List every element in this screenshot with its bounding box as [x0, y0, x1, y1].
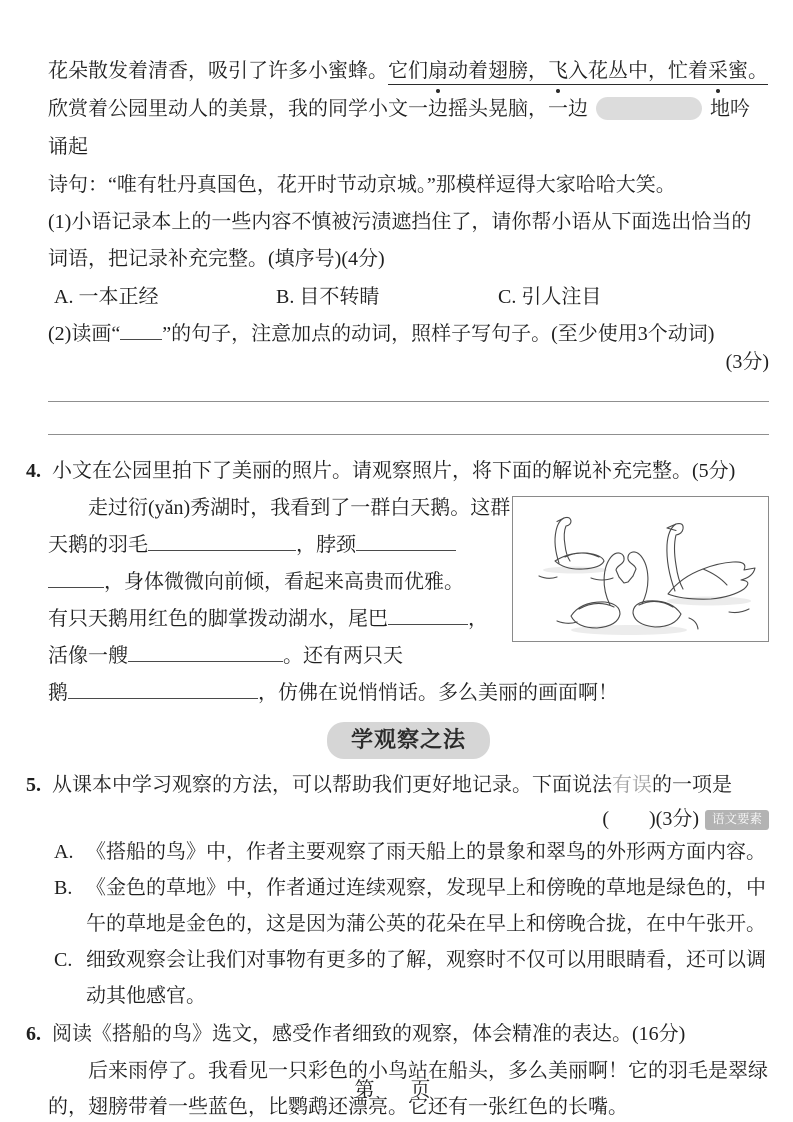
dotted-verb-char: 采: [708, 60, 728, 82]
q4-line: 天鹅的羽毛，脖颈: [48, 527, 510, 564]
q5-option-b: B. 《金色的草地》中，作者通过连续观察，发现早上和傍晚的草地是绿色的，中午的草…: [54, 870, 769, 942]
q4-line-text: ，脖颈: [296, 534, 356, 556]
q3-sub2: (2)读画“”的句子，注意加点的动词，照样子写句子。(至少使用3个动词): [48, 316, 769, 353]
q3-option-a: A. 一本正经: [54, 279, 276, 316]
q5-option-b-label: B.: [54, 870, 86, 942]
q5-option-a-text: 《搭船的鸟》中，作者主要观察了雨天船上的景象和翠鸟的外形两方面内容。: [86, 834, 769, 870]
q4-line-text: ，仿佛在说悄悄话。多么美丽的画面啊！: [258, 682, 618, 704]
section-header-row: 学观察之法: [48, 722, 769, 759]
q6-stem-row: 6. 阅读《搭船的鸟》选文，感受作者细致的观察，体会精准的表达。(16分): [48, 1016, 769, 1053]
question-4: 4. 小文在公园里拍下了美丽的照片。请观察照片，将下面的解说补充完整。(5分) …: [48, 453, 769, 712]
fill-in-blank: [356, 535, 456, 551]
q4-stem-row: 4. 小文在公园里拍下了美丽的照片。请观察照片，将下面的解说补充完整。(5分): [48, 453, 769, 490]
q4-line-text: 鹅: [48, 682, 68, 704]
q4-line-text: ，: [468, 608, 488, 630]
q4-line: 有只天鹅用红色的脚掌拨动湖水，尾巴，: [48, 601, 510, 638]
q5-number: 5.: [26, 767, 52, 804]
fill-in-blank: [68, 683, 258, 699]
fill-in-blank: [128, 646, 283, 662]
q5-option-b-text: 《金色的草地》中，作者通过连续观察，发现早上和傍晚的草地是绿色的，中午的草地是金…: [86, 870, 769, 942]
underlined-text: 入花丛中，忙着: [568, 60, 708, 82]
q5-stem-after: 的一项是: [652, 774, 732, 796]
underlined-sentence: 它们扇动着翅膀，飞入花丛中，忙着采蜜。: [388, 60, 768, 85]
passage-line-2: 欣赏着公园里动人的美景，我的同学小文一边摇头晃脑，一边地吟诵起: [48, 90, 769, 166]
q4-line: ，身体微微向前倾，看起来高贵而优雅。: [48, 564, 510, 601]
passage-line-2-before: 欣赏着公园里动人的美景，我的同学小文一边摇头晃脑，一边: [48, 98, 588, 120]
q4-stem: 小文在公园里拍下了美丽的照片。请观察照片，将下面的解说补充完整。(5分): [52, 453, 769, 490]
q5-answer-row: ( )(3分)语文要素: [48, 804, 769, 834]
underlined-text: 蜜。: [728, 60, 768, 82]
passage-line-1: 花朵散发着清香，吸引了许多小蜜蜂。它们扇动着翅膀，飞入花丛中，忙着采蜜。: [48, 52, 769, 90]
passage-line-1-plain: 花朵散发着清香，吸引了许多小蜜蜂。: [48, 60, 388, 82]
ink-smudge-blob: [596, 97, 702, 120]
q5-stem: 从课本中学习观察的方法，可以帮助我们更好地记录。下面说法有误的一项是: [52, 767, 769, 804]
q3-sub2-before: (2)读画“: [48, 323, 120, 345]
q3-option-b: B. 目不转睛: [276, 279, 498, 316]
question-3-subparts: (1)小语记录本上的一些内容不慎被污渍遮挡住了，请你帮小语从下面选出恰当的词语，…: [48, 204, 769, 435]
q3-options-row: A. 一本正经 B. 目不转睛 C. 引人注目: [54, 279, 769, 316]
q6-stem: 阅读《搭船的鸟》选文，感受作者细致的观察，体会精准的表达。(16分): [52, 1016, 769, 1053]
dotted-verb-char: 飞: [548, 60, 568, 82]
answer-writing-line: [48, 401, 769, 402]
q4-full-line: 鹅，仿佛在说悄悄话。多么美丽的画面啊！: [48, 675, 769, 712]
q4-line-text: ，身体微微向前倾，看起来高贵而优雅。: [104, 571, 464, 593]
swans-photo-frame: [512, 496, 769, 642]
question-6: 6. 阅读《搭船的鸟》选文，感受作者细致的观察，体会精准的表达。(16分) 后来…: [48, 1016, 769, 1122]
q5-answer-parens: ( )(3分): [602, 808, 699, 830]
q6-number: 6.: [26, 1016, 52, 1053]
q5-stem-emphasis: 有误: [612, 774, 652, 796]
q4-line-text: 走过衍(yǎn)秀湖时，我看到了一群白天鹅。这群: [88, 497, 510, 519]
exam-page: 花朵散发着清香，吸引了许多小蜜蜂。它们扇动着翅膀，飞入花丛中，忙着采蜜。 欣赏着…: [0, 0, 793, 1122]
q4-line-text: 。还有两只天: [283, 645, 403, 667]
passage-line-3: 诗句：“唯有牡丹真国色，花开时节动京城。”那模样逗得大家哈哈大笑。: [48, 166, 769, 204]
page-footer: 第 页: [0, 1073, 793, 1102]
q4-line: 走过衍(yǎn)秀湖时，我看到了一群白天鹅。这群: [48, 490, 510, 527]
fill-in-blank: [148, 535, 296, 551]
q3-sub1: (1)小语记录本上的一些内容不慎被污渍遮挡住了，请你帮小语从下面选出恰当的词语，…: [48, 204, 769, 278]
question-5: 5. 从课本中学习观察的方法，可以帮助我们更好地记录。下面说法有误的一项是 ( …: [48, 767, 769, 1014]
q4-text-lines: 走过衍(yǎn)秀湖时，我看到了一群白天鹅。这群天鹅的羽毛，脖颈，身体微微向前倾…: [48, 490, 510, 675]
q5-stem-row: 5. 从课本中学习观察的方法，可以帮助我们更好地记录。下面说法有误的一项是: [48, 767, 769, 804]
q4-line-text: 天鹅的羽毛: [48, 534, 148, 556]
fill-in-blank: [48, 572, 104, 588]
q5-stem-before: 从课本中学习观察的方法，可以帮助我们更好地记录。下面说法: [52, 774, 612, 796]
underlined-text: 它们: [388, 60, 428, 82]
reading-passage: 花朵散发着清香，吸引了许多小蜜蜂。它们扇动着翅膀，飞入花丛中，忙着采蜜。 欣赏着…: [48, 52, 769, 204]
q4-line-text: 活像一艘: [48, 645, 128, 667]
q5-option-c-text: 细致观察会让我们对事物有更多的了解，观察时不仅可以用眼睛看，还可以调动其他感官。: [86, 942, 769, 1014]
q5-option-a-label: A.: [54, 834, 86, 870]
fill-in-blank: [388, 609, 468, 625]
dotted-verb-char: 扇: [428, 60, 448, 82]
three-swans-illustration: [513, 497, 768, 641]
q4-line: 活像一艘。还有两只天: [48, 638, 510, 675]
q3-option-c: C. 引人注目: [498, 279, 720, 316]
q4-line: 鹅，仿佛在说悄悄话。多么美丽的画面啊！: [48, 675, 769, 712]
q3-sub2-after: ”的句子，注意加点的动词，照样子写句子。(至少使用3个动词): [162, 323, 714, 345]
q4-number: 4.: [26, 453, 52, 490]
q4-line-text: 有只天鹅用红色的脚掌拨动湖水，尾巴: [48, 608, 388, 630]
q5-option-c-label: C.: [54, 942, 86, 1014]
underlined-text: 动着翅膀，: [448, 60, 548, 82]
q5-option-a: A. 《搭船的鸟》中，作者主要观察了雨天船上的景象和翠鸟的外形两方面内容。: [54, 834, 769, 870]
yuwen-yaosu-badge: 语文要素: [705, 810, 769, 830]
quoted-blank: [120, 324, 162, 340]
section-header-pill: 学观察之法: [327, 722, 490, 759]
q4-body: 走过衍(yǎn)秀湖时，我看到了一群白天鹅。这群天鹅的羽毛，脖颈，身体微微向前倾…: [48, 490, 769, 675]
answer-writing-line: [48, 434, 769, 435]
q5-option-c: C. 细致观察会让我们对事物有更多的了解，观察时不仅可以用眼睛看，还可以调动其他…: [54, 942, 769, 1014]
